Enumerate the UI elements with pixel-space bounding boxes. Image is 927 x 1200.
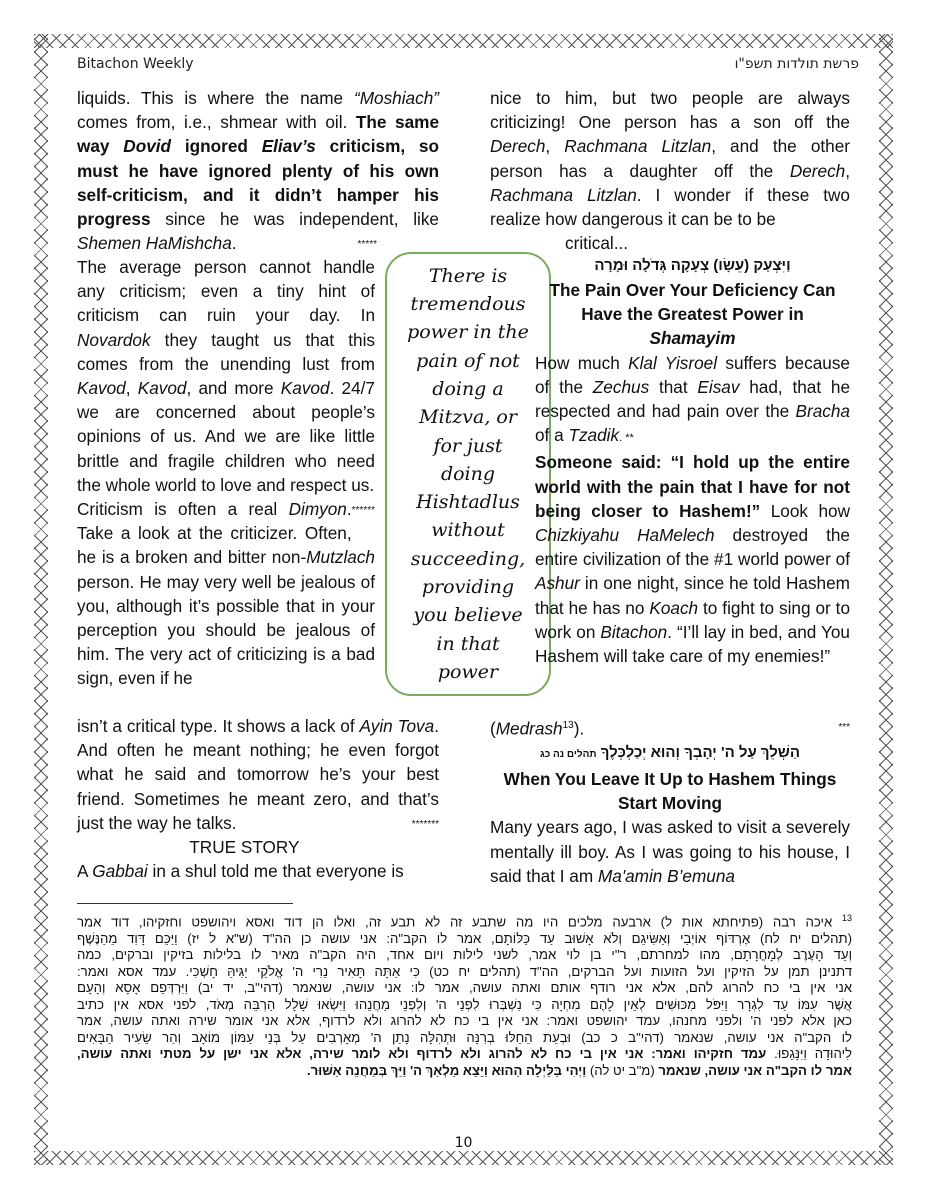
footnote-line: דתנינן תמן על הזיקין ועל הזועות ועל הברק… xyxy=(77,964,852,981)
paragraph-end: critical... xyxy=(490,231,850,255)
section-heading-italic: Shamayim xyxy=(535,326,850,350)
verse-source: תהלים נה כג xyxy=(540,749,597,760)
footnote: 13 איכה רבה (פתיחתא אות ל) ארבעה מלכים ה… xyxy=(77,910,852,1079)
footnote-reference[interactable]: 13 xyxy=(563,720,574,731)
left-column-top: liquids. This is where the name “Moshiac… xyxy=(77,86,439,257)
section-heading: The Pain Over Your Deficiency Can Have t… xyxy=(535,278,850,326)
footnote-line: וְעַד הָעֶרֶב לְמָחֳרָתָם, מהו למחרתם, ר… xyxy=(77,947,852,964)
pull-quote-text: There is tremendous power in the pain of… xyxy=(398,262,538,686)
paragraph: Criticism is often a real Dimyon. Take a… xyxy=(77,497,375,691)
footnote-separator xyxy=(77,903,293,904)
paragraph: Someone said: “I hold up the entire worl… xyxy=(535,450,850,668)
footnote-line: לו הקב"ה אני עושה, שנאמר (דהי"ב כ כב) וּ… xyxy=(77,1030,852,1047)
page-number: 10 xyxy=(0,1135,927,1151)
right-column-bottom: (Medrash13).*** הַשְׁלֵךְ עַל ה' יְהָבְך… xyxy=(490,714,850,888)
footnote-line: לִיהוּדָה וַיִּנָּגֵפוּ. עמד חזקיהו ואמר… xyxy=(77,1046,852,1063)
right-column-middle: וַיִּצְעַק (עֵשָׂו) צְעָקָה גְּדֹלָה וּמ… xyxy=(535,254,850,668)
paragraph: A Gabbai in a shul told me that everyone… xyxy=(77,859,439,883)
section-separator: ***** xyxy=(358,233,377,257)
hebrew-verse-heading: הַשְׁלֵךְ עַל ה' יְהָבְךָ וְהוּא יְכַלְכ… xyxy=(490,741,850,767)
paragraph: How much Klal Yisroel suffers because of… xyxy=(535,351,850,451)
right-column-top: nice to him, but two people are always c… xyxy=(490,86,850,255)
section-separator: *** xyxy=(838,716,850,740)
paragraph: liquids. This is where the name “Moshiac… xyxy=(77,86,439,255)
true-story-heading: TRUE STORY xyxy=(77,835,439,859)
section-separator: ******* xyxy=(412,813,439,837)
left-column-middle: The average person cannot handle any cri… xyxy=(77,255,375,691)
section-separator: ****** xyxy=(352,499,375,523)
decorative-border-bottom xyxy=(34,1151,893,1165)
footnote-line: אני אין בי כח להרוג להם, אלא אני רודף או… xyxy=(77,980,852,997)
hebrew-verse-heading: וַיִּצְעַק (עֵשָׂו) צְעָקָה גְּדֹלָה וּמ… xyxy=(535,254,850,278)
publication-title: Bitachon Weekly xyxy=(77,56,194,72)
decorative-border-left xyxy=(34,34,48,1165)
paragraph: (Medrash13).*** xyxy=(490,714,850,741)
paragraph: nice to him, but two people are always c… xyxy=(490,86,850,231)
paragraph: The average person cannot handle any cri… xyxy=(77,255,375,497)
footnote-line: אמר לו הקב"ה אני עושה, שנאמר (מ"ב יט לה)… xyxy=(77,1063,852,1080)
paragraph: Many years ago, I was asked to visit a s… xyxy=(490,815,850,888)
footnote-number: 13 xyxy=(842,913,852,923)
pull-quote-box: There is tremendous power in the pain of… xyxy=(385,252,551,696)
footnote-line: 13 איכה רבה (פתיחתא אות ל) ארבעה מלכים ה… xyxy=(77,910,852,931)
decorative-border-top xyxy=(34,34,893,48)
decorative-border-right xyxy=(879,34,893,1165)
footnote-line: אֲשֶׁר עִמּוֹ עַד לִגְרָר וַיִּפֹּל מִכּ… xyxy=(77,997,852,1014)
parsha-title: פרשת תולדות תשפ"ו xyxy=(735,56,859,72)
left-column-bottom: isn’t a critical type. It shows a lack o… xyxy=(77,714,439,883)
footnote-line: (תהלים יח לח) אֶרְדּוֹף אוֹיְבַי וְאַשִּ… xyxy=(77,931,852,948)
footnote-line: כאן אלא לפני ה' ולפני מחנהו, עמד יהושפט … xyxy=(77,1013,852,1030)
paragraph: isn’t a critical type. It shows a lack o… xyxy=(77,714,439,835)
section-heading: When You Leave It Up to Hashem Things St… xyxy=(490,767,850,815)
